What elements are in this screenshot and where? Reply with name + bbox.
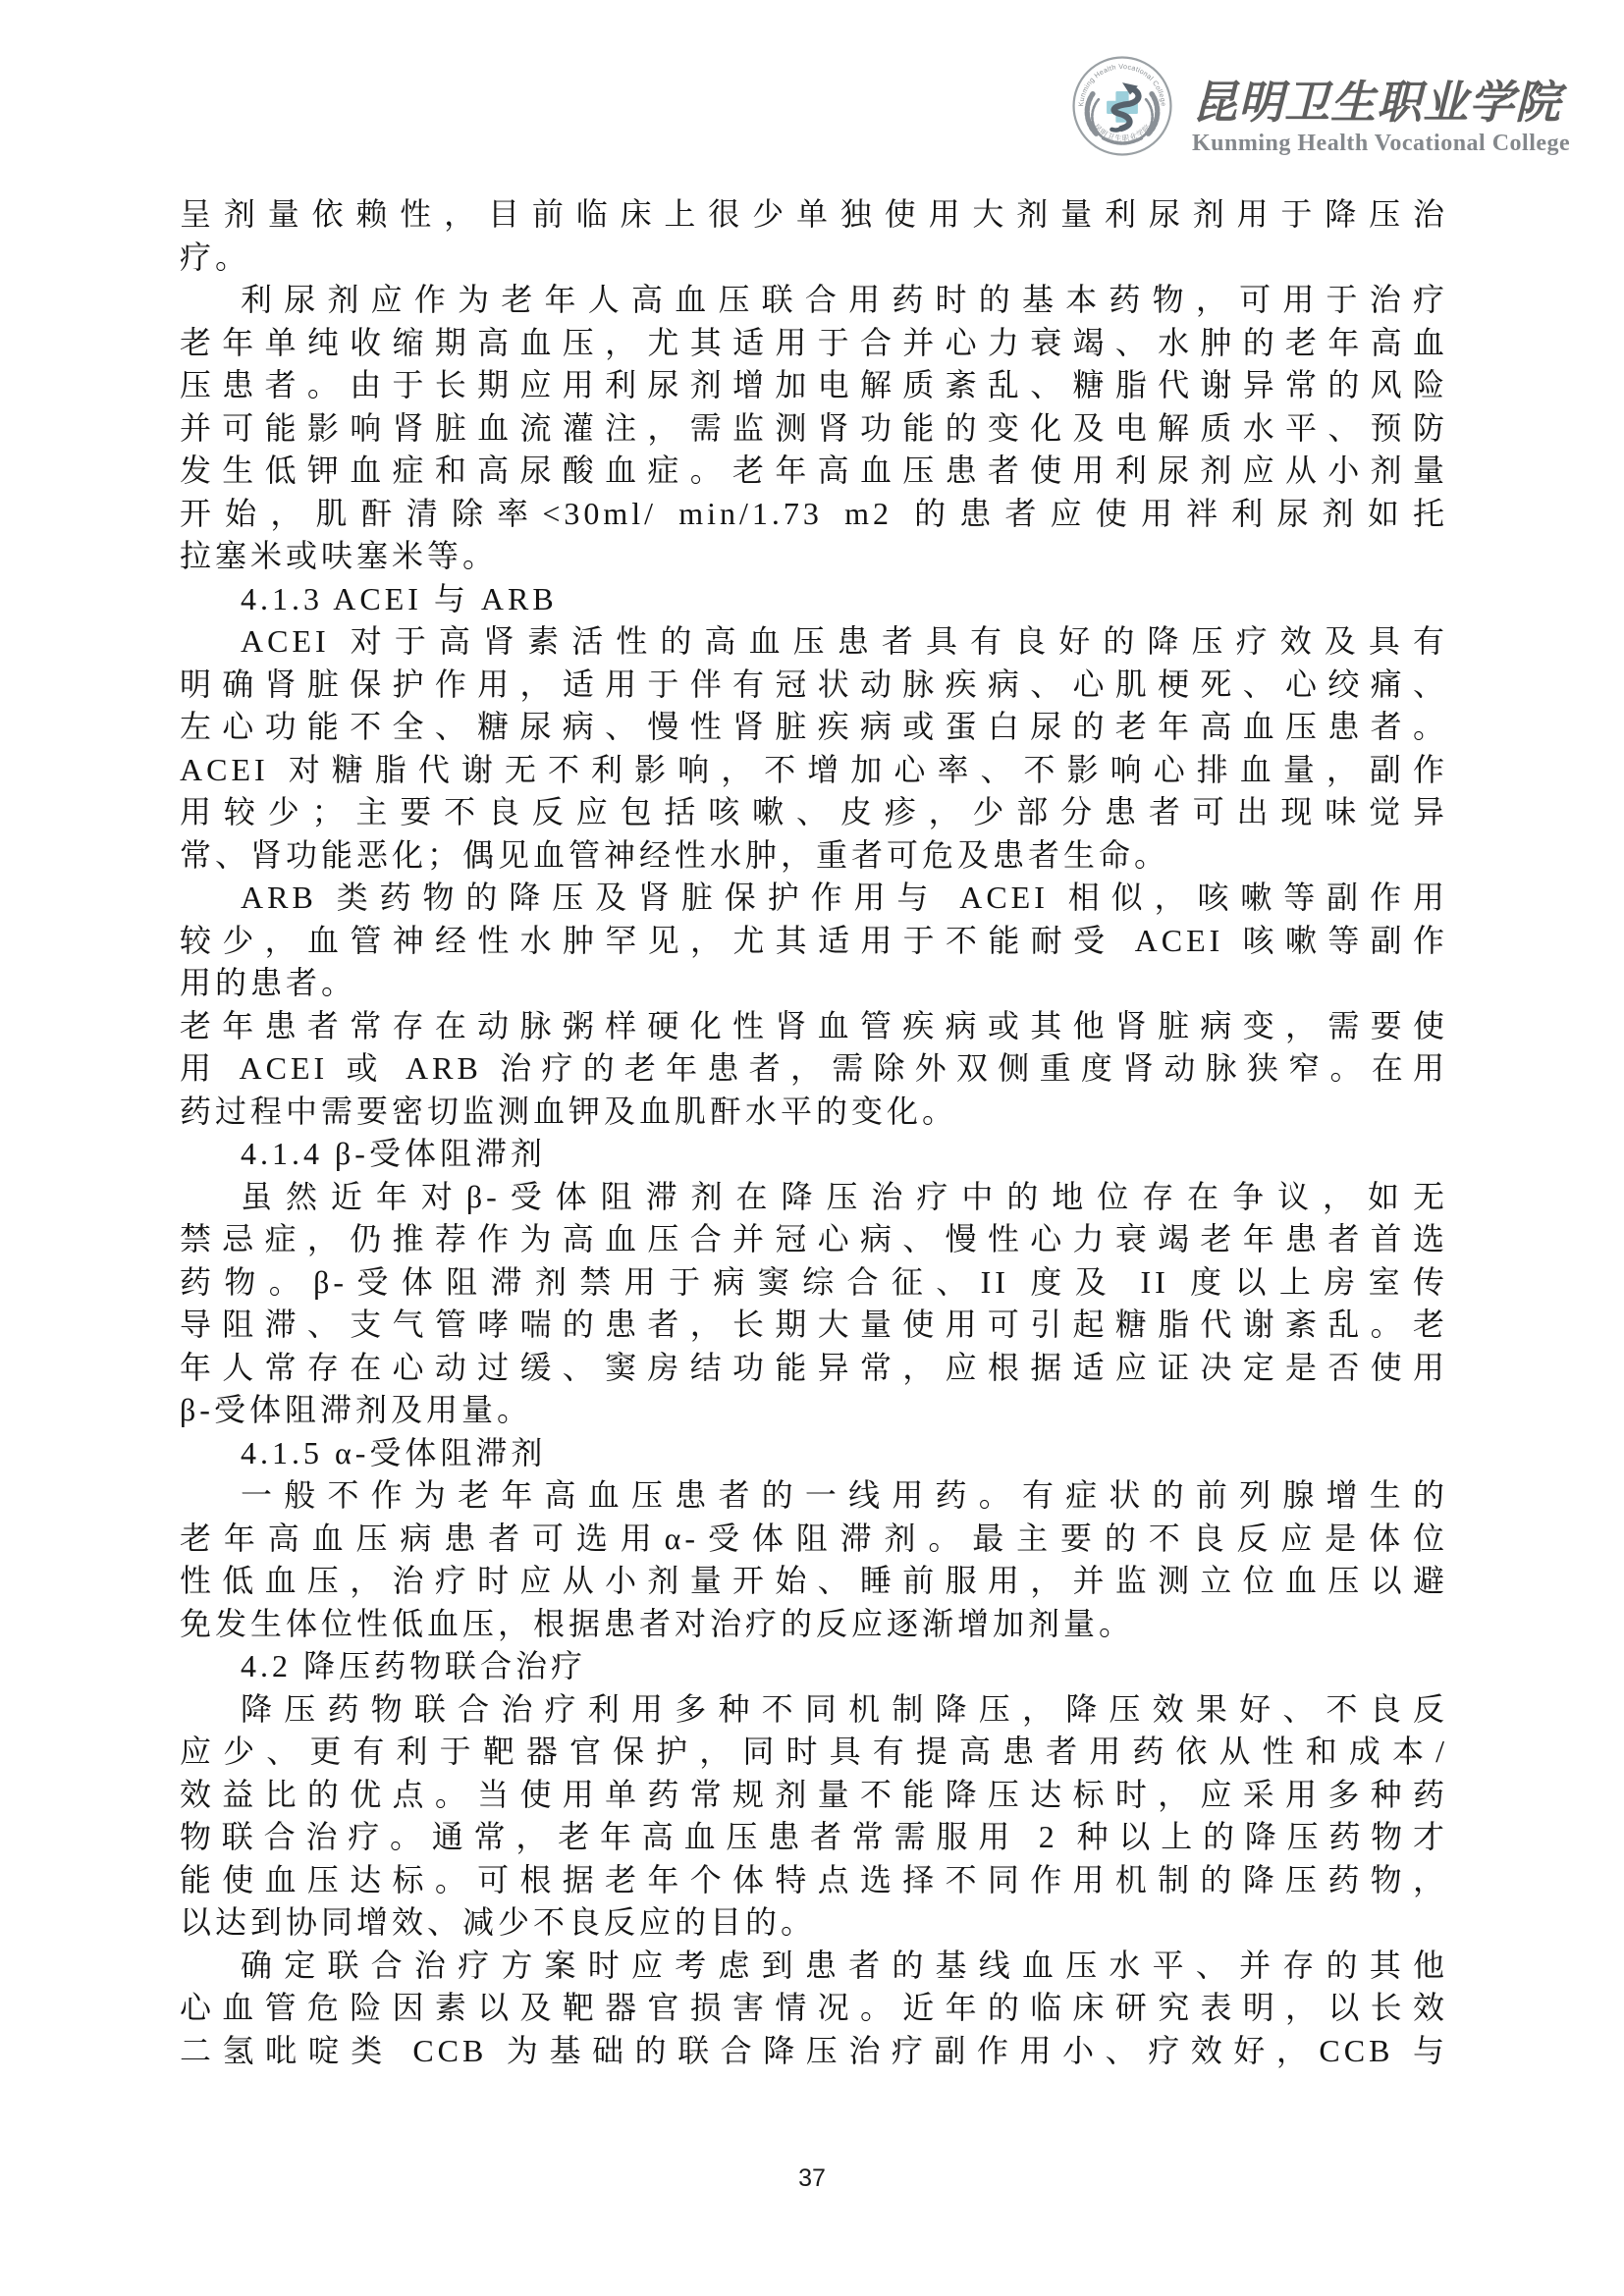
college-name-english: Kunming Health Vocational College	[1192, 130, 1555, 157]
text-line: 降压药物联合治疗利用多种不同机制降压，降压效果好、不良反	[180, 1688, 1448, 1732]
text-line: 应少、更有利于靶器官保护，同时具有提高患者用药依从性和成本/	[180, 1731, 1448, 1774]
text-line: 用 ACEI 或 ARB 治疗的老年患者，需除外双侧重度肾动脉狭窄。在用	[180, 1047, 1448, 1091]
text-line: 免发生体位性低血压，根据患者对治疗的反应逐渐增加剂量。	[180, 1603, 1448, 1646]
text-line: 能使血压达标。可根据老年个体特点选择不同作用机制的降压药物，	[180, 1859, 1448, 1902]
text-line: 4.2 降压药物联合治疗	[180, 1645, 1448, 1688]
text-line: 4.1.5 α-受体阻滞剂	[180, 1432, 1448, 1475]
text-line: ACEI 对于高肾素活性的高血压患者具有良好的降压疗效及具有	[180, 620, 1448, 664]
text-line: 确定联合治疗方案时应考虑到患者的基线血压水平、并存的其他	[180, 1945, 1448, 1988]
text-line: 发生低钾血症和高尿酸血症。老年高血压患者使用利尿剂应从小剂量	[180, 450, 1448, 493]
text-line: 效益比的优点。当使用单药常规剂量不能降压达标时，应采用多种药	[180, 1774, 1448, 1817]
text-line: 虽然近年对β-受体阻滞剂在降压治疗中的地位存在争议，如无	[180, 1176, 1448, 1219]
text-line: 二氢吡啶类 CCB 为基础的联合降压治疗副作用小、疗效好，CCB 与	[180, 2030, 1448, 2073]
text-line: 开始，肌酐清除率<30ml/ min/1.73 m2 的患者应使用袢利尿剂如托	[180, 493, 1448, 536]
text-line: β-受体阻滞剂及用量。	[180, 1389, 1448, 1432]
text-line: 疗。	[180, 237, 1448, 280]
text-line: 4.1.4 β-受体阻滞剂	[180, 1133, 1448, 1176]
college-logo: Kunming Health Vocational College 昆明卫生职业…	[1070, 51, 1555, 161]
text-line: 呈剂量依赖性，目前临床上很少单独使用大剂量利尿剂用于降压治	[180, 193, 1448, 237]
text-line: 并可能影响肾脏血流灌注，需监测肾功能的变化及电解质水平、预防	[180, 407, 1448, 451]
text-line: 性低血压，治疗时应从小剂量开始、睡前服用，并监测立位血压以避	[180, 1560, 1448, 1603]
text-line: ACEI 对糖脂代谢无不利影响，不增加心率、不影响心排血量，副作	[180, 749, 1448, 792]
page-number: 37	[0, 2164, 1624, 2193]
text-line: 老年单纯收缩期高血压，尤其适用于合并心力衰竭、水肿的老年高血	[180, 322, 1448, 365]
text-line: 物联合治疗。通常，老年高血压患者常需服用 2 种以上的降压药物才	[180, 1816, 1448, 1859]
text-line: 明确肾脏保护作用，适用于伴有冠状动脉疾病、心肌梗死、心绞痛、	[180, 664, 1448, 707]
text-line: 拉塞米或呋塞米等。	[180, 535, 1448, 578]
text-line: 左心功能不全、糖尿病、慢性肾脏疾病或蛋白尿的老年高血压患者。	[180, 706, 1448, 749]
college-emblem-icon: Kunming Health Vocational College 昆明卫生职业…	[1070, 51, 1174, 161]
text-line: 以达到协同增效、减少不良反应的目的。	[180, 1901, 1448, 1945]
text-line: 老年患者常存在动脉粥样硬化性肾血管疾病或其他肾脏病变，需要使	[180, 1005, 1448, 1048]
document-body: 呈剂量依赖性，目前临床上很少单独使用大剂量利尿剂用于降压治疗。利尿剂应作为老年人…	[180, 193, 1448, 2072]
text-line: 禁忌症，仍推荐作为高血压合并冠心病、慢性心力衰竭老年患者首选	[180, 1218, 1448, 1261]
college-name-calligraphy: 昆明卫生职业学院	[1192, 77, 1555, 128]
text-line: 导阻滞、支气管哮喘的患者，长期大量使用可引起糖脂代谢紊乱。老	[180, 1304, 1448, 1347]
text-line: 药物。β-受体阻滞剂禁用于病窦综合征、II 度及 II 度以上房室传	[180, 1261, 1448, 1305]
text-line: 药过程中需要密切监测血钾及血肌酐水平的变化。	[180, 1091, 1448, 1134]
document-page: Kunming Health Vocational College 昆明卫生职业…	[0, 0, 1624, 2296]
text-line: 常、肾功能恶化；偶见血管神经性水肿，重者可危及患者生命。	[180, 834, 1448, 878]
text-line: 用较少；主要不良反应包括咳嗽、皮疹，少部分患者可出现味觉异	[180, 791, 1448, 834]
text-line: 心血管危险因素以及靶器官损害情况。近年的临床研究表明，以长效	[180, 1987, 1448, 2030]
text-line: 利尿剂应作为老年人高血压联合用药时的基本药物，可用于治疗	[180, 279, 1448, 322]
text-line: 一般不作为老年高血压患者的一线用药。有症状的前列腺增生的	[180, 1474, 1448, 1518]
text-line: ARB 类药物的降压及肾脏保护作用与 ACEI 相似，咳嗽等副作用	[180, 877, 1448, 920]
text-line: 4.1.3 ACEI 与 ARB	[180, 578, 1448, 621]
text-line: 压患者。由于长期应用利尿剂增加电解质紊乱、糖脂代谢异常的风险	[180, 364, 1448, 407]
text-line: 年人常存在心动过缓、窦房结功能异常，应根据适应证决定是否使用	[180, 1347, 1448, 1390]
text-line: 较少，血管神经性水肿罕见，尤其适用于不能耐受 ACEI 咳嗽等副作	[180, 920, 1448, 963]
college-logo-text: 昆明卫生职业学院 Kunming Health Vocational Colle…	[1192, 77, 1555, 157]
text-line: 老年高血压病患者可选用α-受体阻滞剂。最主要的不良反应是体位	[180, 1518, 1448, 1561]
text-line: 用的患者。	[180, 962, 1448, 1005]
